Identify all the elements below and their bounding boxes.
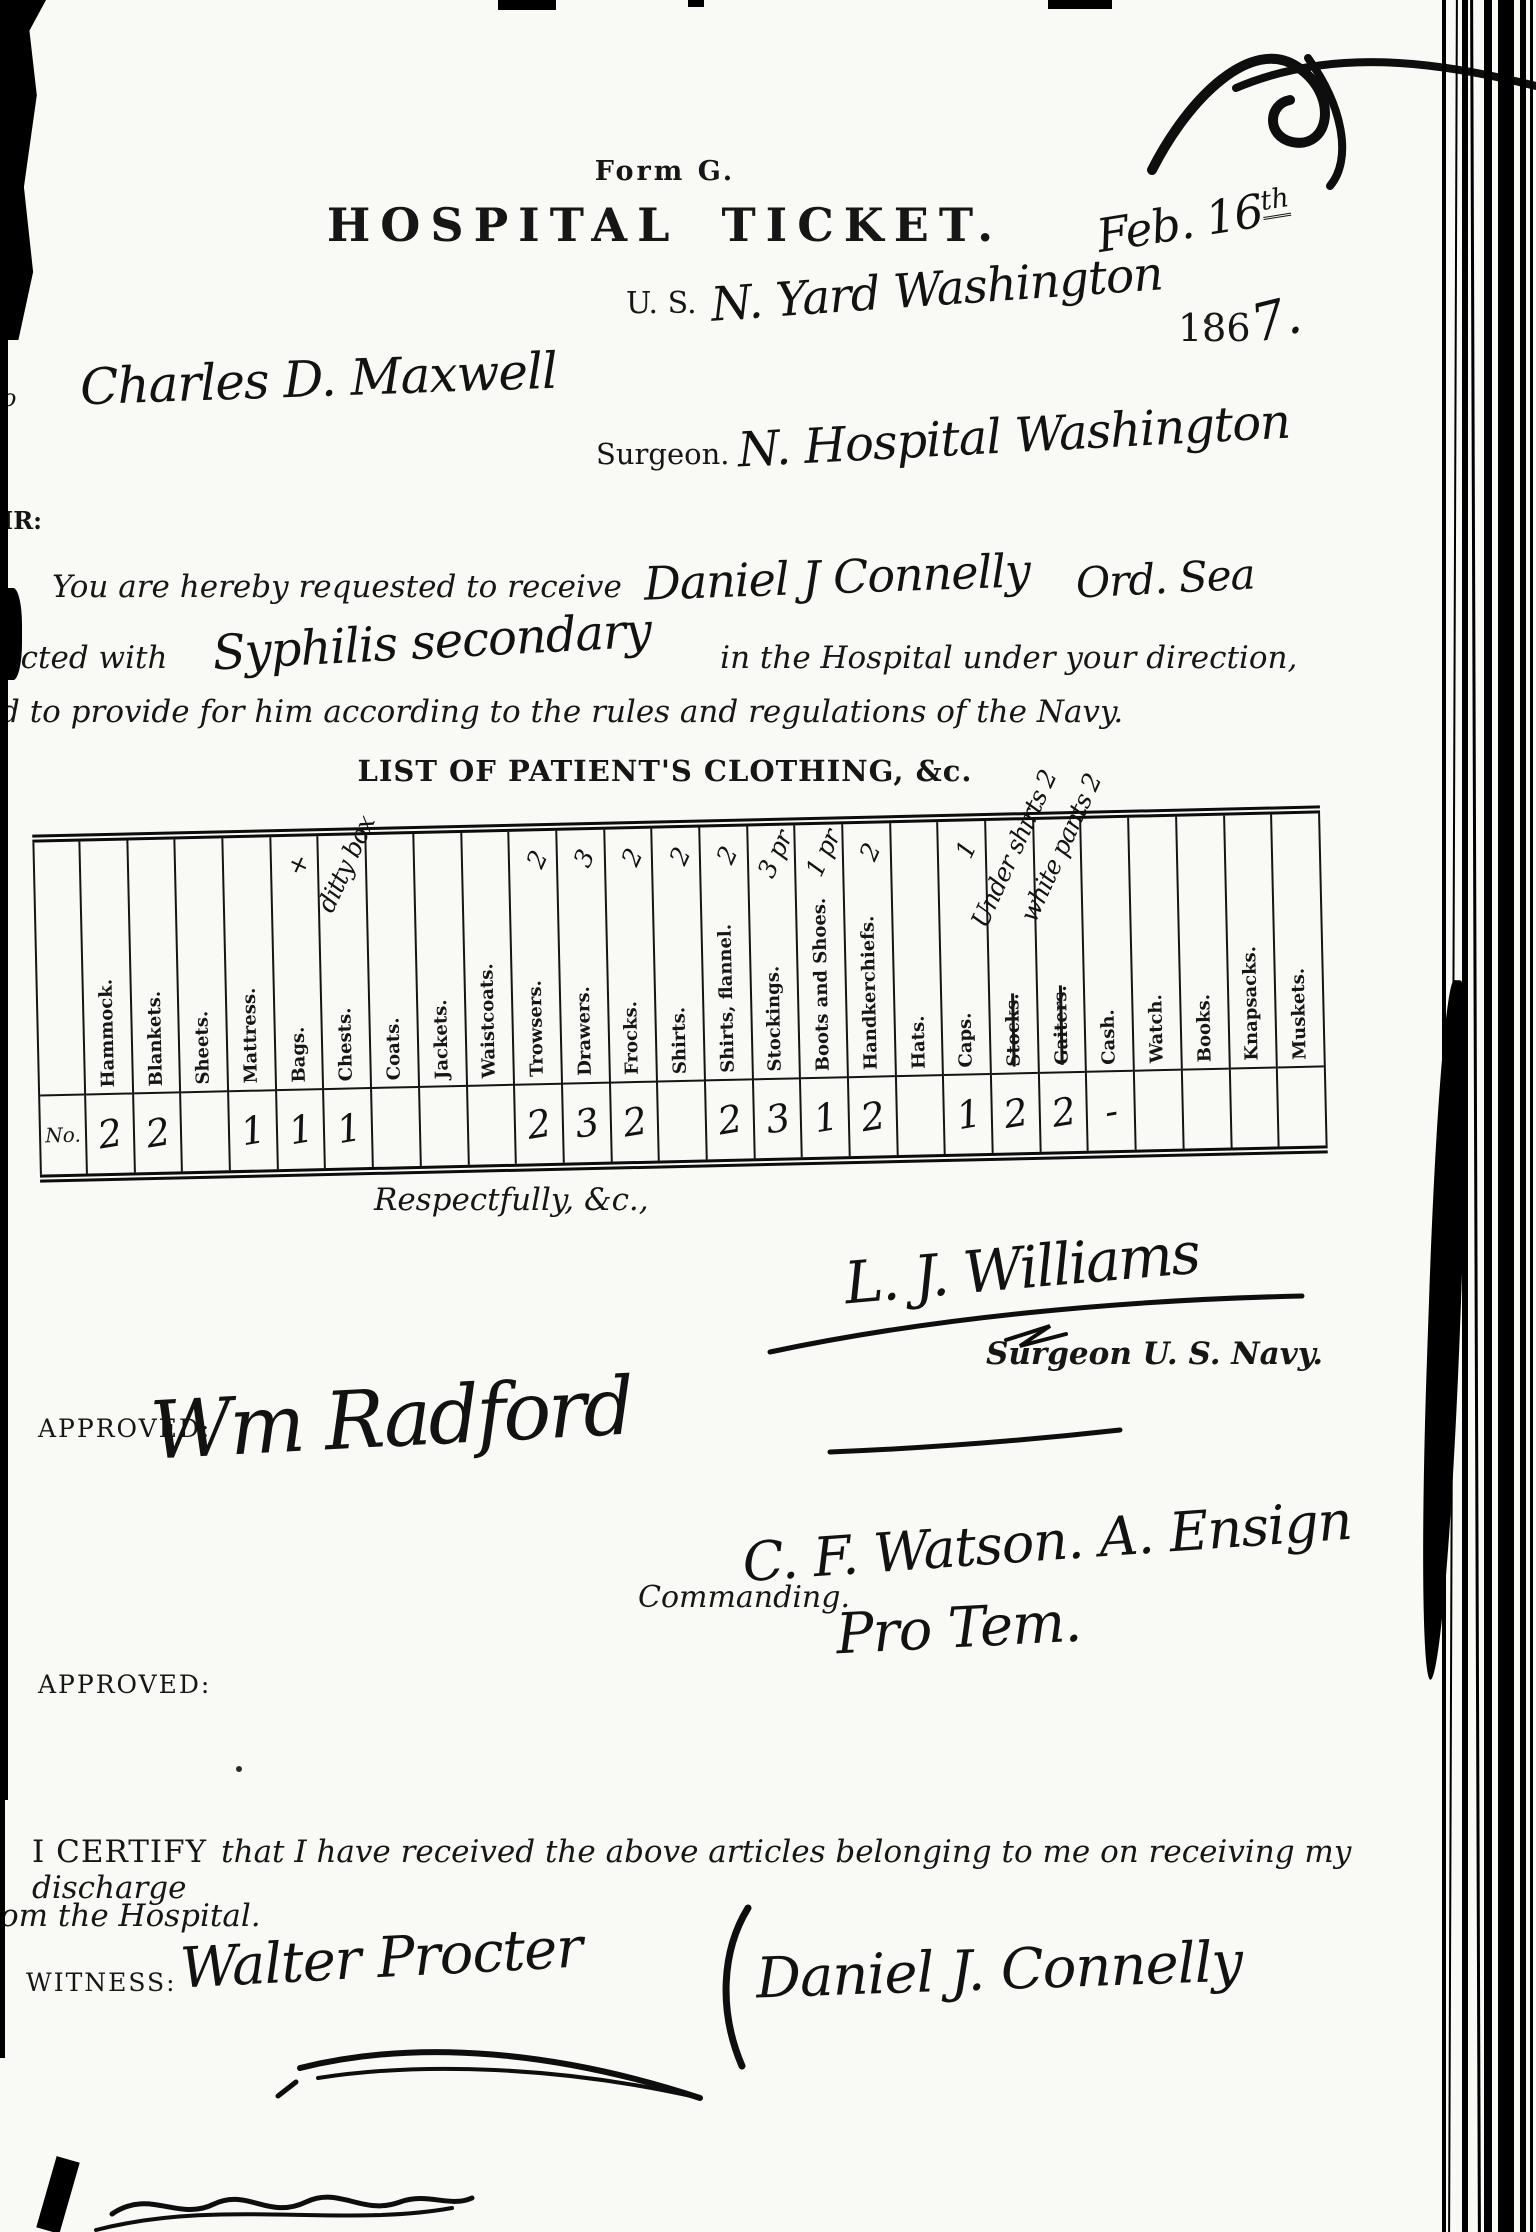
column-annotation-handwritten: 1: [949, 837, 982, 863]
clothing-table-columns: No. Hammock. 2 Blankets. 2 Sheet: [32, 813, 1327, 1174]
column-value-cell: 2: [611, 1081, 658, 1162]
request-line-1: You are hereby requested to receiveDanie…: [52, 554, 1255, 608]
commanding-label: Commanding.: [638, 1580, 850, 1615]
clothing-column: Watch.: [1129, 817, 1184, 1150]
scan-tick-top-3: [1048, 0, 1112, 9]
clothing-column: Knapsacks.: [1225, 815, 1280, 1148]
column-value-handwritten: 1: [810, 1094, 840, 1141]
column-header: Hats.: [891, 822, 942, 1075]
surgeon-handwritten: N. Hospital Washington: [736, 394, 1291, 479]
column-value-cell: 3: [563, 1082, 610, 1163]
column-header: Blankets.: [128, 839, 179, 1092]
certify-body: that I have received the above articles …: [32, 1834, 1351, 1906]
column-value-handwritten: 1: [238, 1107, 268, 1154]
column-annotation-handwritten: 1 pr: [799, 825, 845, 881]
column-value-cell: [420, 1085, 467, 1166]
column-value-cell: [897, 1074, 944, 1155]
clothing-column: 2 Handkerchiefs. 2: [843, 823, 898, 1156]
column-header: 2 Trowsers.: [509, 831, 560, 1084]
column-header: Under shirts 2 Stocks.: [986, 820, 1037, 1073]
column-label: Jackets.: [432, 997, 452, 1085]
column-annotation-handwritten: 2: [663, 844, 696, 870]
column-label: Drawers.: [574, 984, 594, 1082]
connelly-opening-stroke: [726, 1908, 748, 2066]
radford-tail: [830, 1430, 1120, 1452]
column-label: Trowsers.: [527, 979, 547, 1084]
top-right-flourish: [1152, 59, 1325, 170]
column-value-cell: 1: [324, 1087, 371, 1168]
column-label: Sheets.: [193, 1009, 213, 1091]
column-label: Coats.: [384, 1016, 404, 1087]
column-header: white pants 2 Gaiters.: [1034, 819, 1085, 1072]
column-value-cell: [468, 1084, 515, 1165]
scan-edge-left-lower: [0, 1798, 5, 2058]
binding-streak: [1530, 0, 1533, 2232]
patient-name-handwritten: Daniel J Connelly: [643, 543, 1031, 610]
clothing-column: 1 Caps. 1: [939, 821, 994, 1154]
column-label: Blankets.: [145, 988, 165, 1092]
column-header: Books.: [1177, 816, 1228, 1069]
year-handwritten-digit: 7.: [1245, 285, 1306, 355]
column-header: Hammock.: [80, 841, 131, 1094]
column-value-cell: [1230, 1066, 1277, 1147]
afflicted-with-cropped: ficted with: [0, 640, 167, 676]
column-value-cell: 2: [515, 1083, 562, 1164]
column-value-cell: [1278, 1065, 1325, 1146]
row-label-no: No.: [45, 1123, 81, 1148]
diagnosis-handwritten: Syphilis secondary: [212, 603, 653, 682]
column-header: Muskets.: [1272, 813, 1323, 1066]
clothing-column: white pants 2 Gaiters. 2: [1034, 819, 1089, 1152]
clothing-table: No. Hammock. 2 Blankets. 2 Sheet: [32, 805, 1328, 1182]
column-label: Watch.: [1147, 992, 1167, 1069]
clothing-column: + Bags. 1: [271, 836, 326, 1169]
clothing-column: ditty box Chests. 1: [319, 835, 374, 1168]
clothing-column: Hats.: [891, 822, 946, 1155]
scan-speck: [236, 1766, 242, 1772]
station-line: U. S.N. Yard Washington: [626, 270, 1163, 325]
clothing-row-label-cell: No.: [32, 842, 88, 1175]
clothing-column: 3 Drawers. 3: [557, 830, 612, 1163]
column-label: Caps.: [957, 1010, 976, 1073]
column-header: Knapsacks.: [1225, 815, 1276, 1068]
column-value-handwritten: 2: [1048, 1089, 1078, 1136]
date-ordinal-suffix: th: [1258, 182, 1291, 220]
clothing-column: 2 Shirts, flannel. 2: [700, 826, 755, 1159]
column-value-cell: [658, 1079, 705, 1160]
surgeon-signature: L. J. Williams: [842, 1219, 1202, 1318]
column-header: Jackets.: [414, 833, 465, 1086]
column-header: Watch.: [1129, 817, 1180, 1070]
surgeon-line: Surgeon.N. Hospital Washington: [596, 420, 1290, 476]
station-printed-prefix: U. S.: [626, 286, 697, 321]
certify-line-2-cropped: om the Hospital.: [0, 1898, 261, 1934]
column-annotation-handwritten: +: [281, 850, 316, 880]
column-label: Books.: [1195, 992, 1215, 1068]
column-header: ditty box Chests.: [319, 835, 370, 1088]
column-header: 1 Caps.: [939, 821, 990, 1074]
column-value-handwritten: 2: [858, 1093, 888, 1140]
salutation-cropped: IR:: [2, 506, 42, 535]
binding-streak: [1470, 0, 1481, 2232]
column-label: Hammock.: [97, 976, 118, 1093]
column-value-handwritten: 2: [143, 1109, 173, 1156]
column-value-handwritten: 3: [572, 1100, 602, 1147]
column-value-handwritten: 1: [953, 1091, 983, 1138]
binding-streak: [1520, 0, 1526, 2232]
year-line: 1867.: [1178, 294, 1300, 354]
bottom-cut-handwriting: [112, 2197, 472, 2214]
column-label: Hats.: [909, 1013, 928, 1075]
column-label: Chests.: [336, 1006, 356, 1088]
column-header: Coats.: [366, 834, 417, 1087]
request-line2-suffix: in the Hospital under your direction,: [720, 640, 1297, 676]
column-value-handwritten: 2: [619, 1098, 649, 1145]
column-label: Frocks.: [623, 999, 643, 1081]
column-label: Shirts.: [670, 1005, 690, 1081]
column-label: Stockings.: [765, 964, 786, 1078]
column-label: Muskets.: [1290, 966, 1310, 1066]
column-label: Gaiters.: [1051, 984, 1071, 1072]
clothing-column: Blankets. 2: [128, 839, 183, 1172]
column-value-handwritten: 2: [95, 1110, 125, 1157]
witness-label: WITNESS:: [26, 1968, 177, 1997]
clothing-column: Cash. -: [1082, 818, 1137, 1151]
binding-streak: [1498, 0, 1514, 2232]
column-annotation-handwritten: 2: [520, 847, 553, 873]
scan-tick-top-1: [498, 0, 556, 10]
clothing-column: Sheets.: [176, 838, 231, 1171]
column-header: Waistcoats.: [462, 832, 513, 1085]
approving-officer-signature: Wm Radford: [148, 1359, 634, 1477]
column-header: 2 Shirts.: [652, 828, 703, 1081]
station-handwritten: N. Yard Washington: [709, 246, 1164, 332]
column-value-cell: 3: [754, 1077, 801, 1158]
clothing-column: Jackets.: [414, 833, 469, 1166]
column-value-cell: 2: [992, 1072, 1039, 1153]
clothing-column: 3 pr Stockings. 3: [748, 825, 803, 1158]
patient-rate-handwritten: Ord. Sea: [1074, 549, 1255, 607]
form-number-label: Form G.: [0, 156, 1330, 187]
column-value-cell: [372, 1086, 419, 1167]
column-annotation-handwritten: 3 pr: [752, 827, 798, 883]
column-header: Cash.: [1082, 818, 1133, 1071]
certify-line-1: I CERTIFYthat I have received the above …: [32, 1834, 1432, 1906]
respectfully-line: Respectfully, &c.,: [374, 1182, 649, 1218]
clothing-column: Waistcoats.: [462, 832, 517, 1165]
column-label: Stocks.: [1004, 991, 1024, 1073]
scanned-hospital-ticket: Form G. HOSPITAL TICKET. Feb. 16th U. S.…: [0, 0, 1536, 2232]
column-value-handwritten: 3: [762, 1095, 792, 1142]
column-header: 2 Frocks.: [605, 829, 656, 1082]
column-label: Knapsacks.: [1241, 944, 1262, 1067]
column-label: Cash.: [1100, 1007, 1119, 1071]
clothing-column: 2 Trowsers. 2: [509, 831, 564, 1164]
column-value-cell: 1: [801, 1076, 848, 1157]
clothing-column: Under shirts 2 Stocks. 2: [986, 820, 1041, 1153]
clothing-column: 2 Shirts.: [652, 827, 707, 1160]
surgeon-printed-label: Surgeon.: [596, 437, 730, 471]
column-header: 2 Shirts, flannel.: [700, 826, 751, 1079]
column-header: 3 pr Stockings.: [748, 825, 799, 1078]
column-label: Handkerchiefs.: [859, 913, 881, 1076]
column-value-cell: 1: [229, 1089, 276, 1170]
gutter-header: [34, 842, 84, 1095]
column-header: 1 pr Boots and Shoes.: [796, 824, 847, 1077]
column-header: 3 Drawers.: [557, 830, 608, 1083]
scan-edge-blob-left: [0, 588, 22, 680]
commanding-officer-signature: C. F. Watson. A. Ensign: [741, 1489, 1354, 1594]
column-value-handwritten: 2: [715, 1096, 745, 1143]
column-value-cell: 1: [944, 1073, 991, 1154]
column-label: Bags.: [289, 1025, 308, 1089]
year-printed: 186: [1178, 306, 1251, 350]
column-value-cell: -: [1087, 1070, 1134, 1151]
scan-speck: [1204, 318, 1210, 324]
column-annotation-handwritten: 3: [568, 846, 601, 872]
column-annotation-handwritten: 2: [711, 843, 744, 869]
column-value-handwritten: 2: [524, 1101, 554, 1148]
certify-prefix: I CERTIFY: [32, 1834, 207, 1870]
column-value-cell: 2: [706, 1078, 753, 1159]
clothing-column: 1 pr Boots and Shoes. 1: [796, 824, 851, 1157]
column-label: Boots and Shoes.: [811, 895, 833, 1077]
column-header: Mattress.: [223, 837, 274, 1090]
binding-streak: [1484, 0, 1492, 2232]
column-header: + Bags.: [271, 836, 322, 1089]
request-printed-text: You are hereby requested to receive: [52, 569, 622, 605]
column-value-cell: [181, 1090, 228, 1171]
column-label: Shirts, flannel.: [716, 922, 738, 1079]
column-label: Waistcoats.: [479, 961, 500, 1084]
column-value-cell: 1: [277, 1088, 324, 1169]
approved-label-2: APPROVED:: [38, 1670, 211, 1699]
column-label: Mattress.: [241, 986, 261, 1090]
scan-tick-top-2: [688, 0, 704, 7]
pro-tem-handwritten: Pro Tem.: [834, 1590, 1082, 1668]
column-value-handwritten: -: [1102, 1089, 1121, 1134]
clothing-column: 2 Frocks. 2: [605, 829, 660, 1162]
clothing-column: Books.: [1177, 816, 1232, 1149]
scan-mark-bottomleft: [36, 2156, 79, 2232]
column-annotation-handwritten: 2: [854, 839, 887, 865]
request-line-3: d to provide for him according to the ru…: [0, 694, 1123, 730]
surgeon-title-printed: Surgeon U. S. Navy.: [986, 1336, 1323, 1372]
procter-flourish: [300, 2052, 700, 2098]
addressee-handwritten: Charles D. Maxwell: [79, 342, 558, 417]
column-value-handwritten: 1: [333, 1105, 363, 1152]
column-value-handwritten: 1: [286, 1106, 316, 1153]
column-annotation-handwritten: 2: [616, 845, 649, 871]
column-value-cell: 2: [1040, 1071, 1087, 1152]
scan-edge-left: [0, 330, 8, 1800]
gutter-value-cell: No.: [40, 1094, 86, 1175]
column-header: Sheets.: [176, 838, 227, 1091]
column-value-cell: [1183, 1068, 1230, 1149]
clothing-column: Coats.: [366, 834, 421, 1167]
column-value-cell: [1135, 1069, 1182, 1150]
column-value-handwritten: 2: [1001, 1090, 1031, 1137]
patient-signature: Daniel J. Connelly: [755, 1930, 1243, 2012]
column-value-cell: 2: [134, 1091, 181, 1172]
column-value-cell: 2: [849, 1075, 896, 1156]
column-value-cell: 2: [86, 1092, 133, 1173]
clothing-column: Muskets.: [1272, 813, 1327, 1146]
clothing-column: Hammock. 2: [80, 840, 135, 1173]
request-line-2: ficted withSyphilis secondaryin the Hosp…: [0, 624, 1297, 680]
column-header: 2 Handkerchiefs.: [843, 823, 894, 1076]
clothing-list-heading: LIST OF PATIENT'S CLOTHING, &c.: [0, 754, 1330, 788]
clothing-column: Mattress. 1: [223, 837, 278, 1170]
